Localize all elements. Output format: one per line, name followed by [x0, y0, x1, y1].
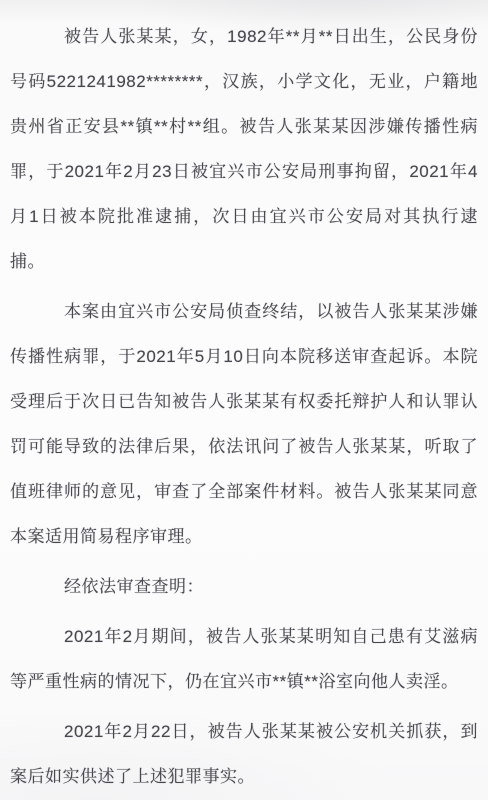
text-line: 受理后于次日已告知被告人张某某有权委托辩护人和认罪认: [10, 379, 478, 424]
paragraph: 经依法审查查明：: [10, 564, 478, 609]
text-line: 月1日被本院批准逮捕，次日由宜兴市公安局对其执行逮: [10, 194, 478, 239]
text-line: 捕。: [10, 239, 478, 284]
paragraph: 2021年2月22日，被告人张某某被公安机关抓获，到案后如实供述了上述犯罪事实。: [10, 709, 478, 799]
text-line: 2021年2月22日，被告人张某某被公安机关抓获，到: [10, 709, 478, 754]
paragraph: 2021年2月期间，被告人张某某明知自己患有艾滋病等严重性病的情况下，仍在宜兴市…: [10, 614, 478, 704]
text-line: 本案由宜兴市公安局侦查终结，以被告人张某某涉嫌: [10, 289, 478, 334]
text-line: 案后如实供述了上述犯罪事实。: [10, 754, 478, 799]
text-line: 本案适用简易程序审理。: [10, 514, 478, 559]
text-line: 号码5221241982********，汉族，小学文化，无业，户籍地: [10, 59, 478, 104]
text-line: 罚可能导致的法律后果，依法讯问了被告人张某某，听取了: [10, 424, 478, 469]
paragraph: 本案由宜兴市公安局侦查终结，以被告人张某某涉嫌传播性病罪，于2021年5月10日…: [10, 289, 478, 559]
text-line: 贵州省正安县**镇**村**组。被告人张某某因涉嫌传播性病: [10, 104, 478, 149]
document-page: 被告人张某某，女，1982年**月**日出生，公民身份号码5221241982*…: [0, 0, 488, 800]
text-line: 罪，于2021年2月23日被宜兴市公安局刑事拘留，2021年4: [10, 149, 478, 194]
text-line: 经依法审查查明：: [10, 564, 478, 609]
text-line: 传播性病罪，于2021年5月10日向本院移送审查起诉。本院: [10, 334, 478, 379]
text-line: 被告人张某某，女，1982年**月**日出生，公民身份: [10, 14, 478, 59]
text-line: 等严重性病的情况下，仍在宜兴市**镇**浴室向他人卖淫。: [10, 659, 478, 704]
text-line: 值班律师的意见，审查了全部案件材料。被告人张某某同意: [10, 469, 478, 514]
paragraph: 被告人张某某，女，1982年**月**日出生，公民身份号码5221241982*…: [10, 14, 478, 284]
document-body: 被告人张某某，女，1982年**月**日出生，公民身份号码5221241982*…: [10, 14, 478, 799]
text-line: 2021年2月期间，被告人张某某明知自己患有艾滋病: [10, 614, 478, 659]
